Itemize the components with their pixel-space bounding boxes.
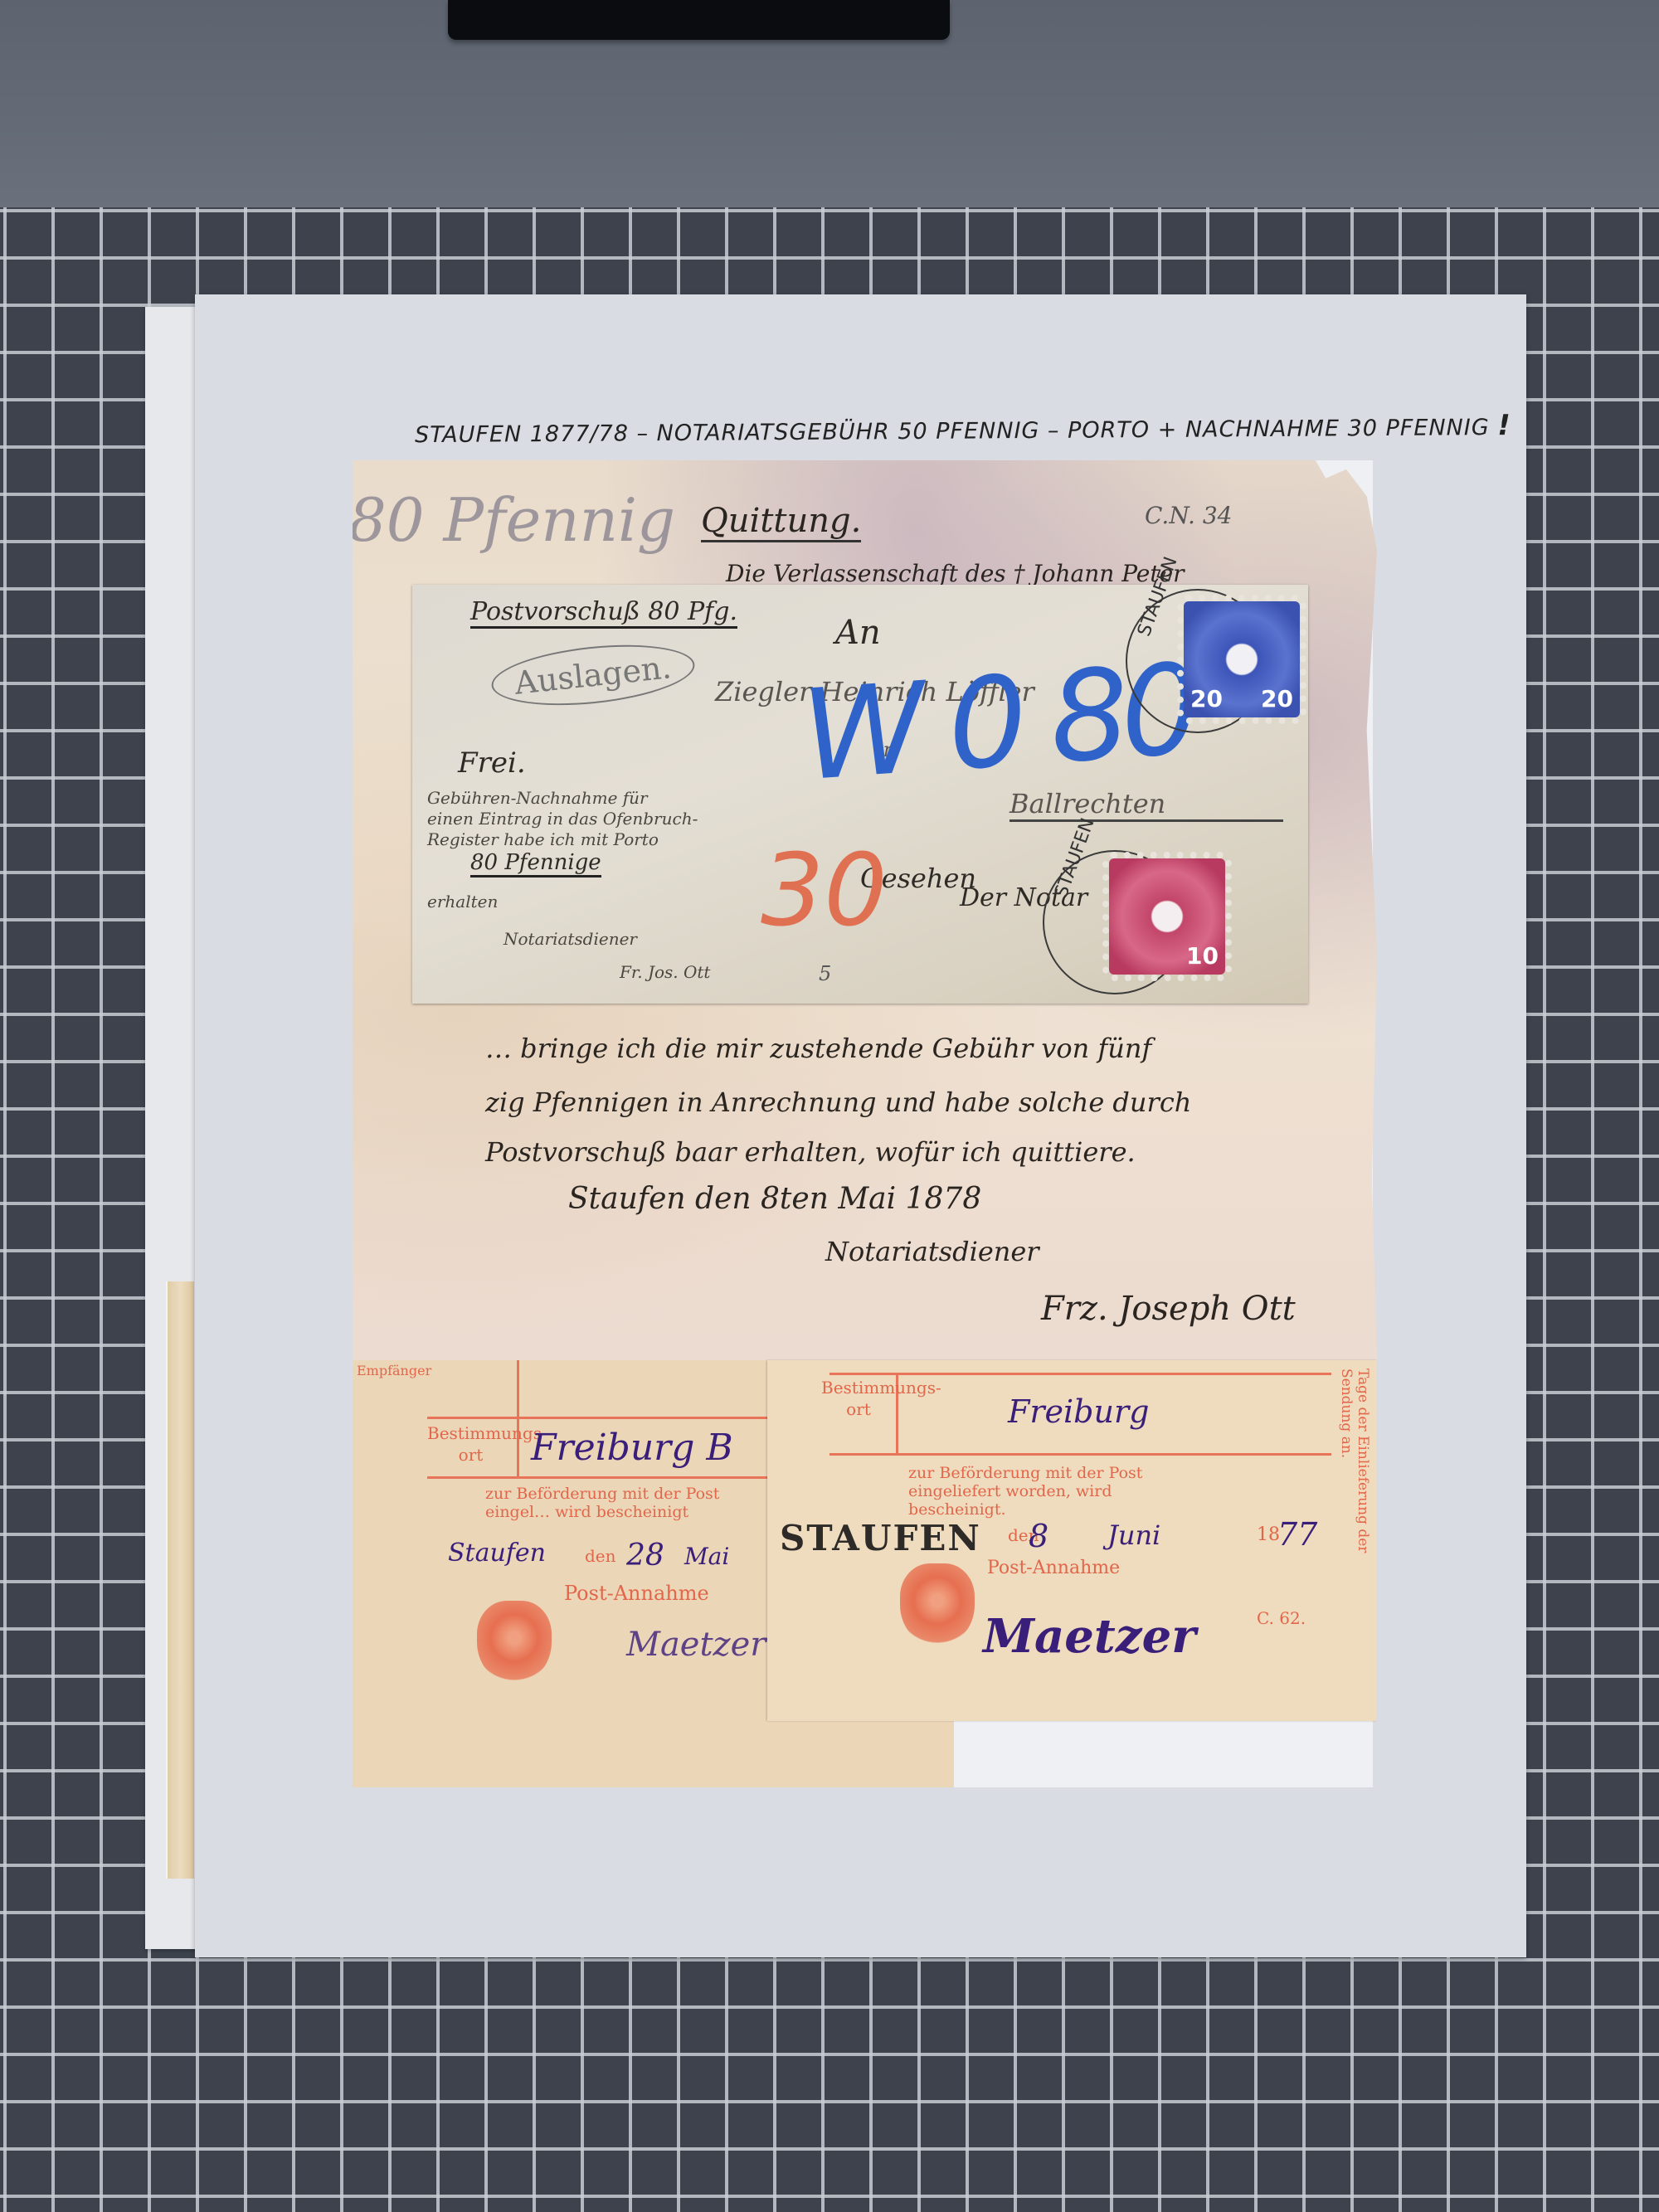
month-value: Mai — [684, 1543, 729, 1570]
small-mark: 5 — [819, 962, 831, 985]
destination-value: Freiburg B — [531, 1427, 733, 1469]
month-value: Juni — [1107, 1519, 1160, 1551]
place-value: Staufen — [448, 1539, 546, 1568]
post-receipt-form-2: Bestimmungs-ort Freiburg zur Beförderung… — [767, 1360, 1377, 1721]
post-annahme-label: Post-Annahme — [564, 1584, 709, 1602]
receipt-title: Quittung. — [701, 502, 861, 542]
addressee-prefix: An — [835, 614, 881, 652]
envelope-note-line: Gebühren-Nachnahme für — [427, 788, 648, 808]
receipt-date: Staufen den 8ten Mai 1878 — [568, 1182, 981, 1216]
receipt-office: Notariatsdiener — [825, 1236, 1039, 1267]
frei-note: Frei. — [458, 746, 526, 780]
receipt-line: Die Verlassenschaft des † Johann Peter — [726, 560, 1185, 587]
imperial-eagle-icon — [900, 1563, 975, 1646]
nachnahme-envelope: Postvorschuß 80 Pfg. Auslagen. Frei. Geb… — [412, 585, 1308, 1004]
day-value: 28 — [626, 1539, 664, 1573]
envelope-note-line: Notariatsdiener — [504, 929, 637, 949]
post-annahme-label: Post-Annahme — [987, 1559, 1120, 1578]
den-label: den — [585, 1547, 616, 1565]
year-prefix: 18 — [1257, 1526, 1280, 1544]
certification-text: zur Beförderung mit der Post eingeliefer… — [908, 1464, 1190, 1519]
auslagen-handstamp: Auslagen. — [489, 636, 697, 713]
receipt-number: C.N. 34 — [1145, 502, 1232, 529]
dark-object-top — [448, 0, 950, 40]
receipt-line: … bringe ich die mir zustehende Gebühr v… — [485, 1033, 1151, 1064]
envelope-note-line: Register habe ich mit Porto — [427, 829, 659, 849]
form-label-destination: Bestimmungs-ort — [427, 1422, 514, 1466]
remittance-note: Postvorschuß 80 Pfg. — [470, 597, 737, 629]
form-label-recipient: Empfänger — [357, 1360, 431, 1382]
form-signature: Maetzer — [983, 1609, 1196, 1664]
receipt-line: Postvorschuß baar erhalten, wofür ich qu… — [485, 1136, 1136, 1168]
envelope-note-line: erhalten — [427, 892, 498, 912]
receipt-line: zig Pfennigen in Anrechnung und habe sol… — [485, 1087, 1191, 1118]
envelope-note-line: Fr. Jos. Ott — [620, 962, 710, 982]
form-signature: Maetzer — [626, 1626, 766, 1664]
caption-exclamation: ! — [1497, 409, 1511, 442]
year-suffix: 77 — [1277, 1516, 1317, 1553]
receipt-signature: Frz. Joseph Ott — [1041, 1290, 1296, 1328]
day-value: 8 — [1029, 1518, 1048, 1554]
form-label-destination: Bestimmungs-ort — [821, 1377, 896, 1420]
pencil-note: 80 Pfennig — [348, 485, 675, 555]
form-side-text: Tage der Einlieferung der Sendung an. — [1338, 1369, 1371, 1584]
stamp-20-pfennig-blue: 20 20 — [1184, 601, 1300, 717]
addressee-city: Ballrechten — [1010, 788, 1283, 822]
envelope-note-line: einen Eintrag in das Ofenbruch- — [427, 809, 698, 829]
imperial-eagle-icon — [477, 1601, 552, 1684]
stamp-10-pfennig-rose: 10 — [1109, 858, 1225, 975]
amount-underlined: 80 Pfennige — [470, 850, 601, 878]
destination-value: Freiburg — [1008, 1393, 1149, 1430]
red-crayon-mark: 30 — [761, 834, 888, 949]
certification-text: zur Beförderung mit der Post eingel… wir… — [485, 1485, 759, 1521]
form-code: C. 62. — [1257, 1609, 1306, 1627]
staufen-straight-line-postmark: STAUFEN — [780, 1518, 981, 1558]
form-rule — [829, 1453, 1331, 1456]
caption-text: STAUFEN 1877/78 – NOTARIATSGEBÜHR 50 PFE… — [415, 415, 1490, 448]
page-caption: STAUFEN 1877/78 – NOTARIATSGEBÜHR 50 PFE… — [415, 410, 1410, 450]
form-rule — [829, 1373, 1331, 1375]
hinge-strip — [166, 1281, 194, 1879]
